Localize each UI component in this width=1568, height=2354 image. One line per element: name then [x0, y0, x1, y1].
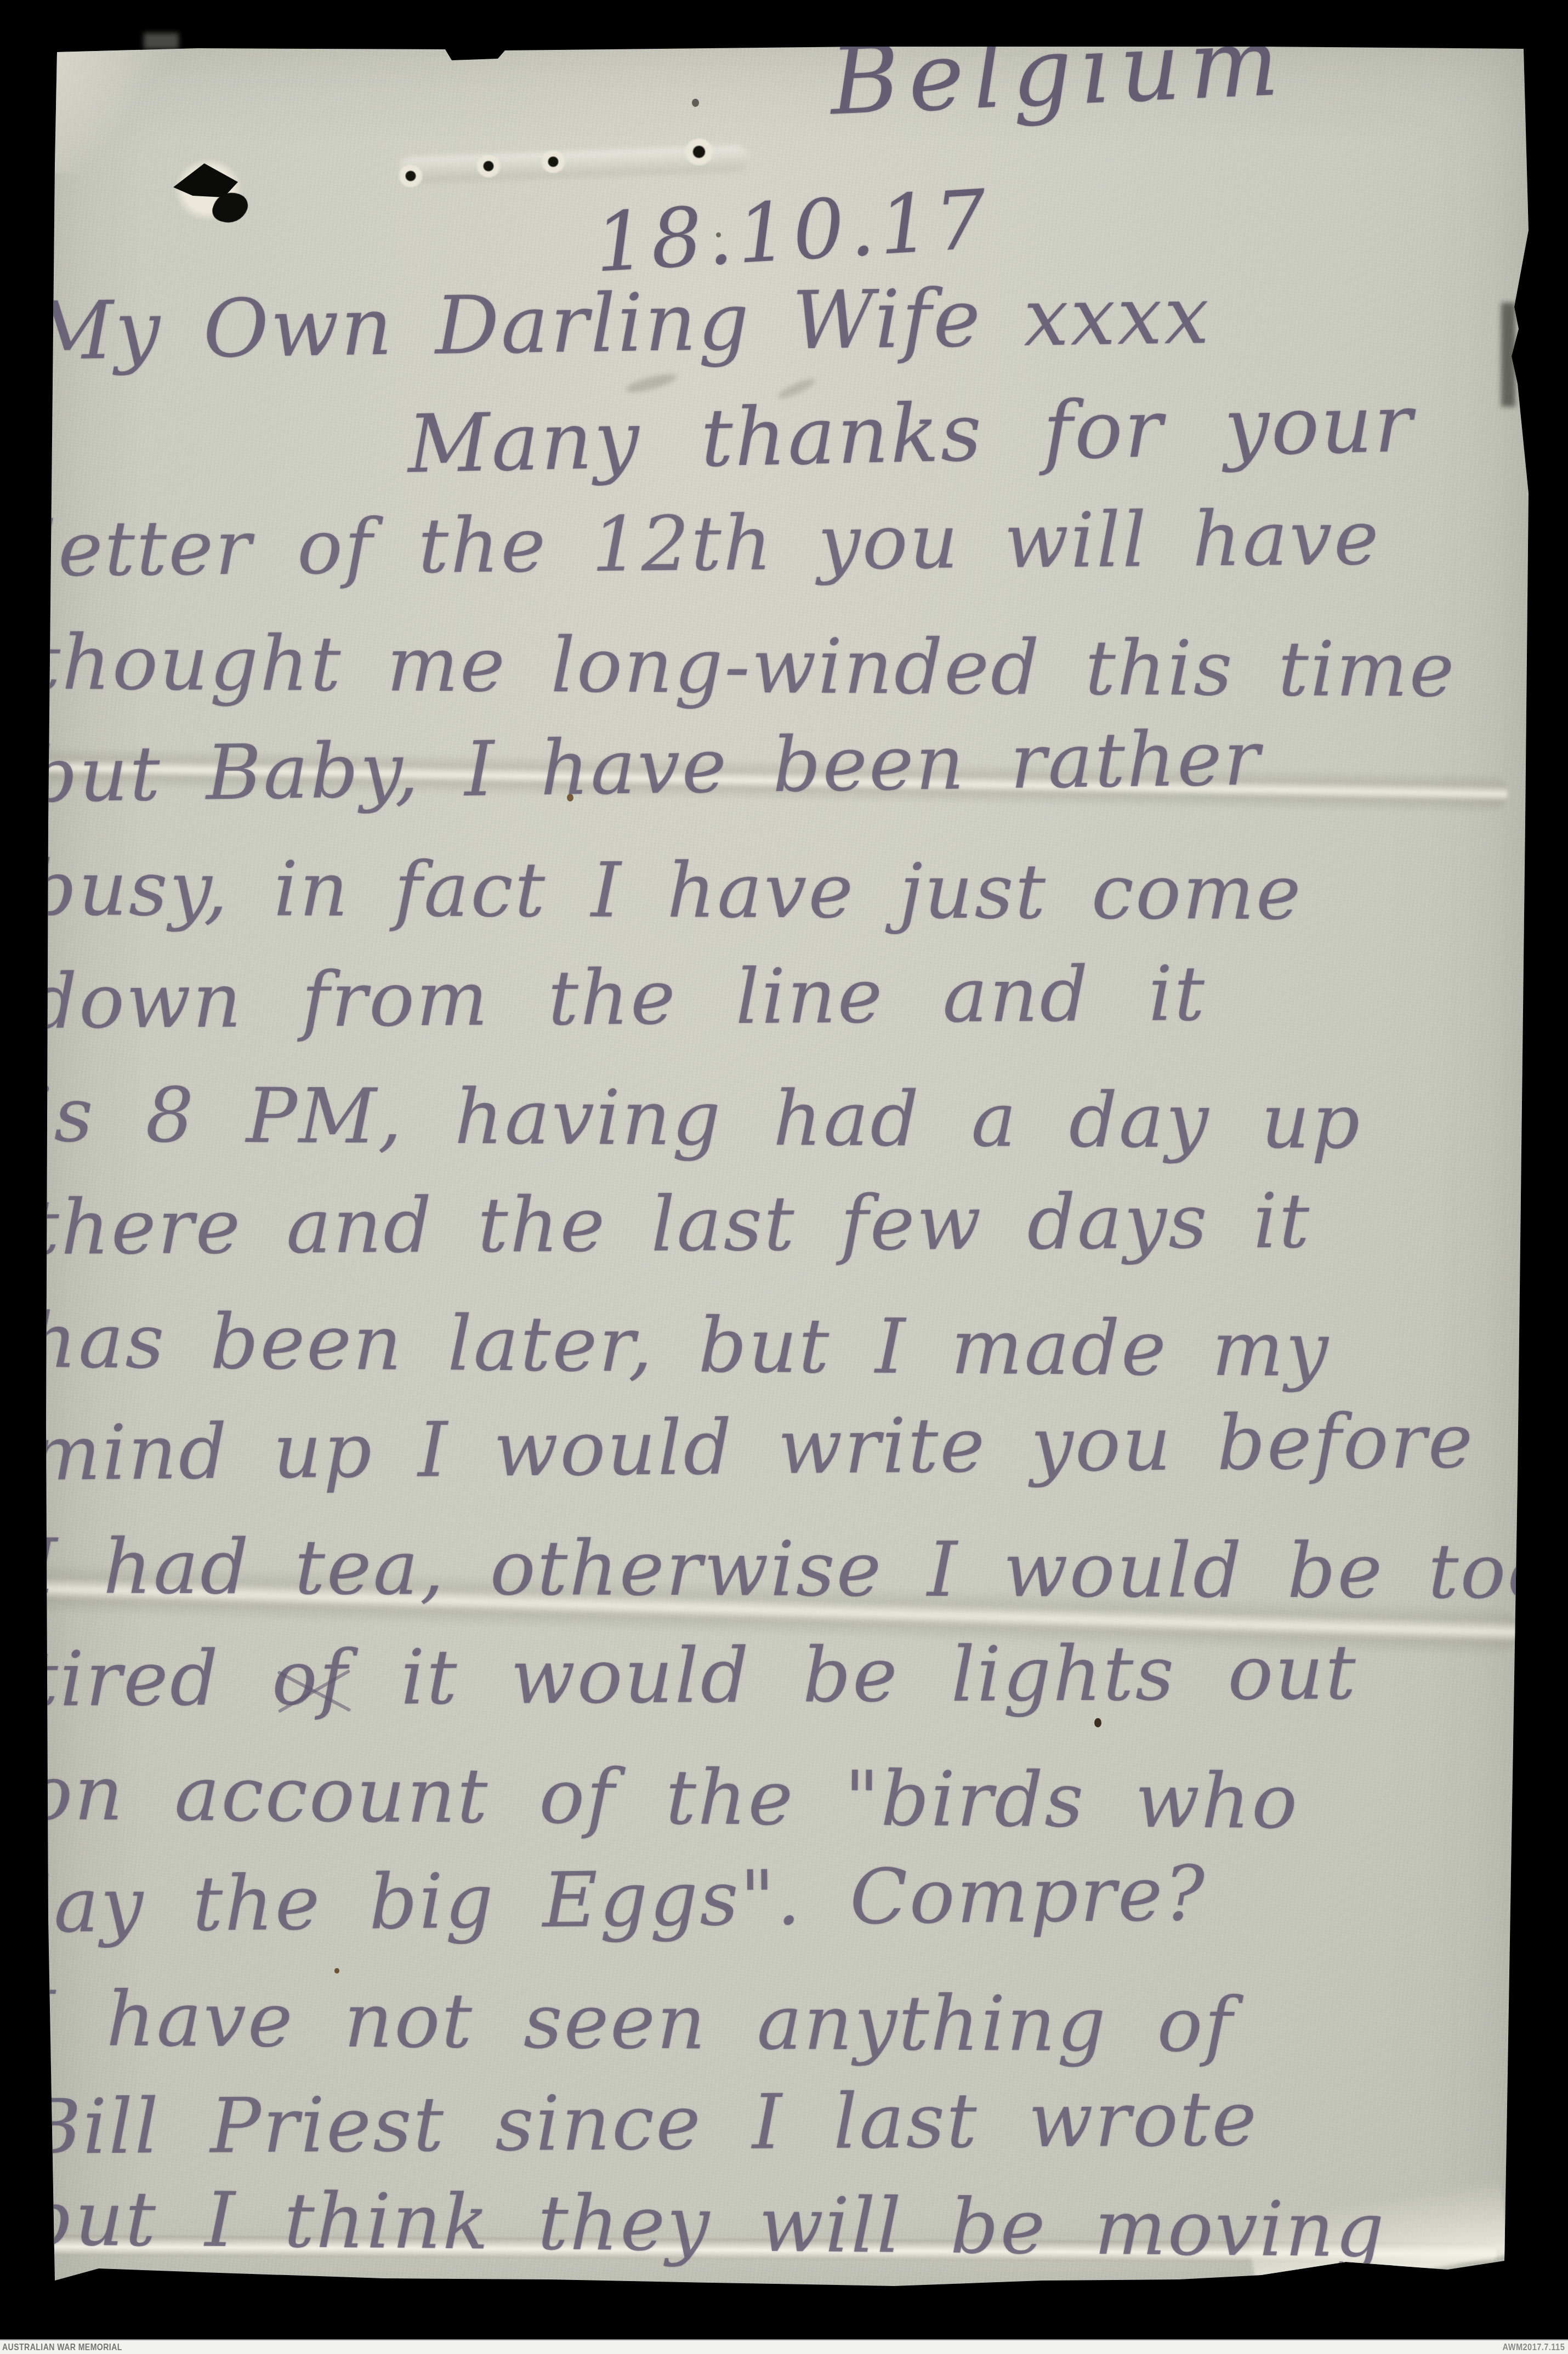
handwritten-line: there and the last few days it — [29, 1177, 1311, 1272]
handwritten-line: tired of it would be lights out — [27, 1628, 1357, 1724]
edge-smudge — [144, 33, 179, 49]
handwritten-line: thought me long-winded this time — [30, 618, 1456, 714]
handwritten-line: busy, in fact I have just come — [28, 844, 1303, 937]
handwritten-line: lay the big Eggs". Compre? — [27, 1849, 1207, 1950]
watermark-bar: AUSTRALIAN WAR MEMORIAL AWM2017.7.115 — [0, 2339, 1568, 2354]
accession-number: AWM2017.7.115 — [1502, 2341, 1565, 2353]
handwriting-layer: Belgium18.10.17My Own Darling Wife xxxxM… — [0, 0, 1568, 2354]
letter-page: Belgium18.10.17My Own Darling Wife xxxxM… — [0, 0, 1568, 2354]
handwritten-line: Bill Priest since I last wrote — [25, 2074, 1258, 2171]
handwritten-line: I had tea, otherwise I would be too — [27, 1522, 1554, 1616]
handwritten-line: My Own Darling Wife xxxx — [31, 269, 1211, 378]
handwritten-line: but I think they will be moving — [25, 2174, 1386, 2275]
handwritten-line: Belgium — [828, 7, 1289, 137]
handwritten-line: letter of the 12th you will have — [32, 494, 1380, 594]
handwritten-line: but Baby, I have been rather — [29, 714, 1262, 820]
scan-viewport: { "letter": { "place": "Belgium", "date"… — [0, 0, 1568, 2354]
institution-watermark: AUSTRALIAN WAR MEMORIAL — [2, 2341, 122, 2353]
handwritten-line: on account of the "birds who — [27, 1749, 1299, 1846]
handwritten-line: I have not seen anything of — [25, 1975, 1234, 2069]
handwritten-line: is 8 PM, having had a day up — [28, 1071, 1362, 1166]
handwritten-line: has been later, but I made my — [28, 1297, 1330, 1394]
handwritten-line: mind up I would write you before — [29, 1397, 1475, 1498]
handwritten-line: Many thanks for your — [407, 377, 1415, 491]
handwritten-line: down from the line and it — [29, 949, 1207, 1046]
